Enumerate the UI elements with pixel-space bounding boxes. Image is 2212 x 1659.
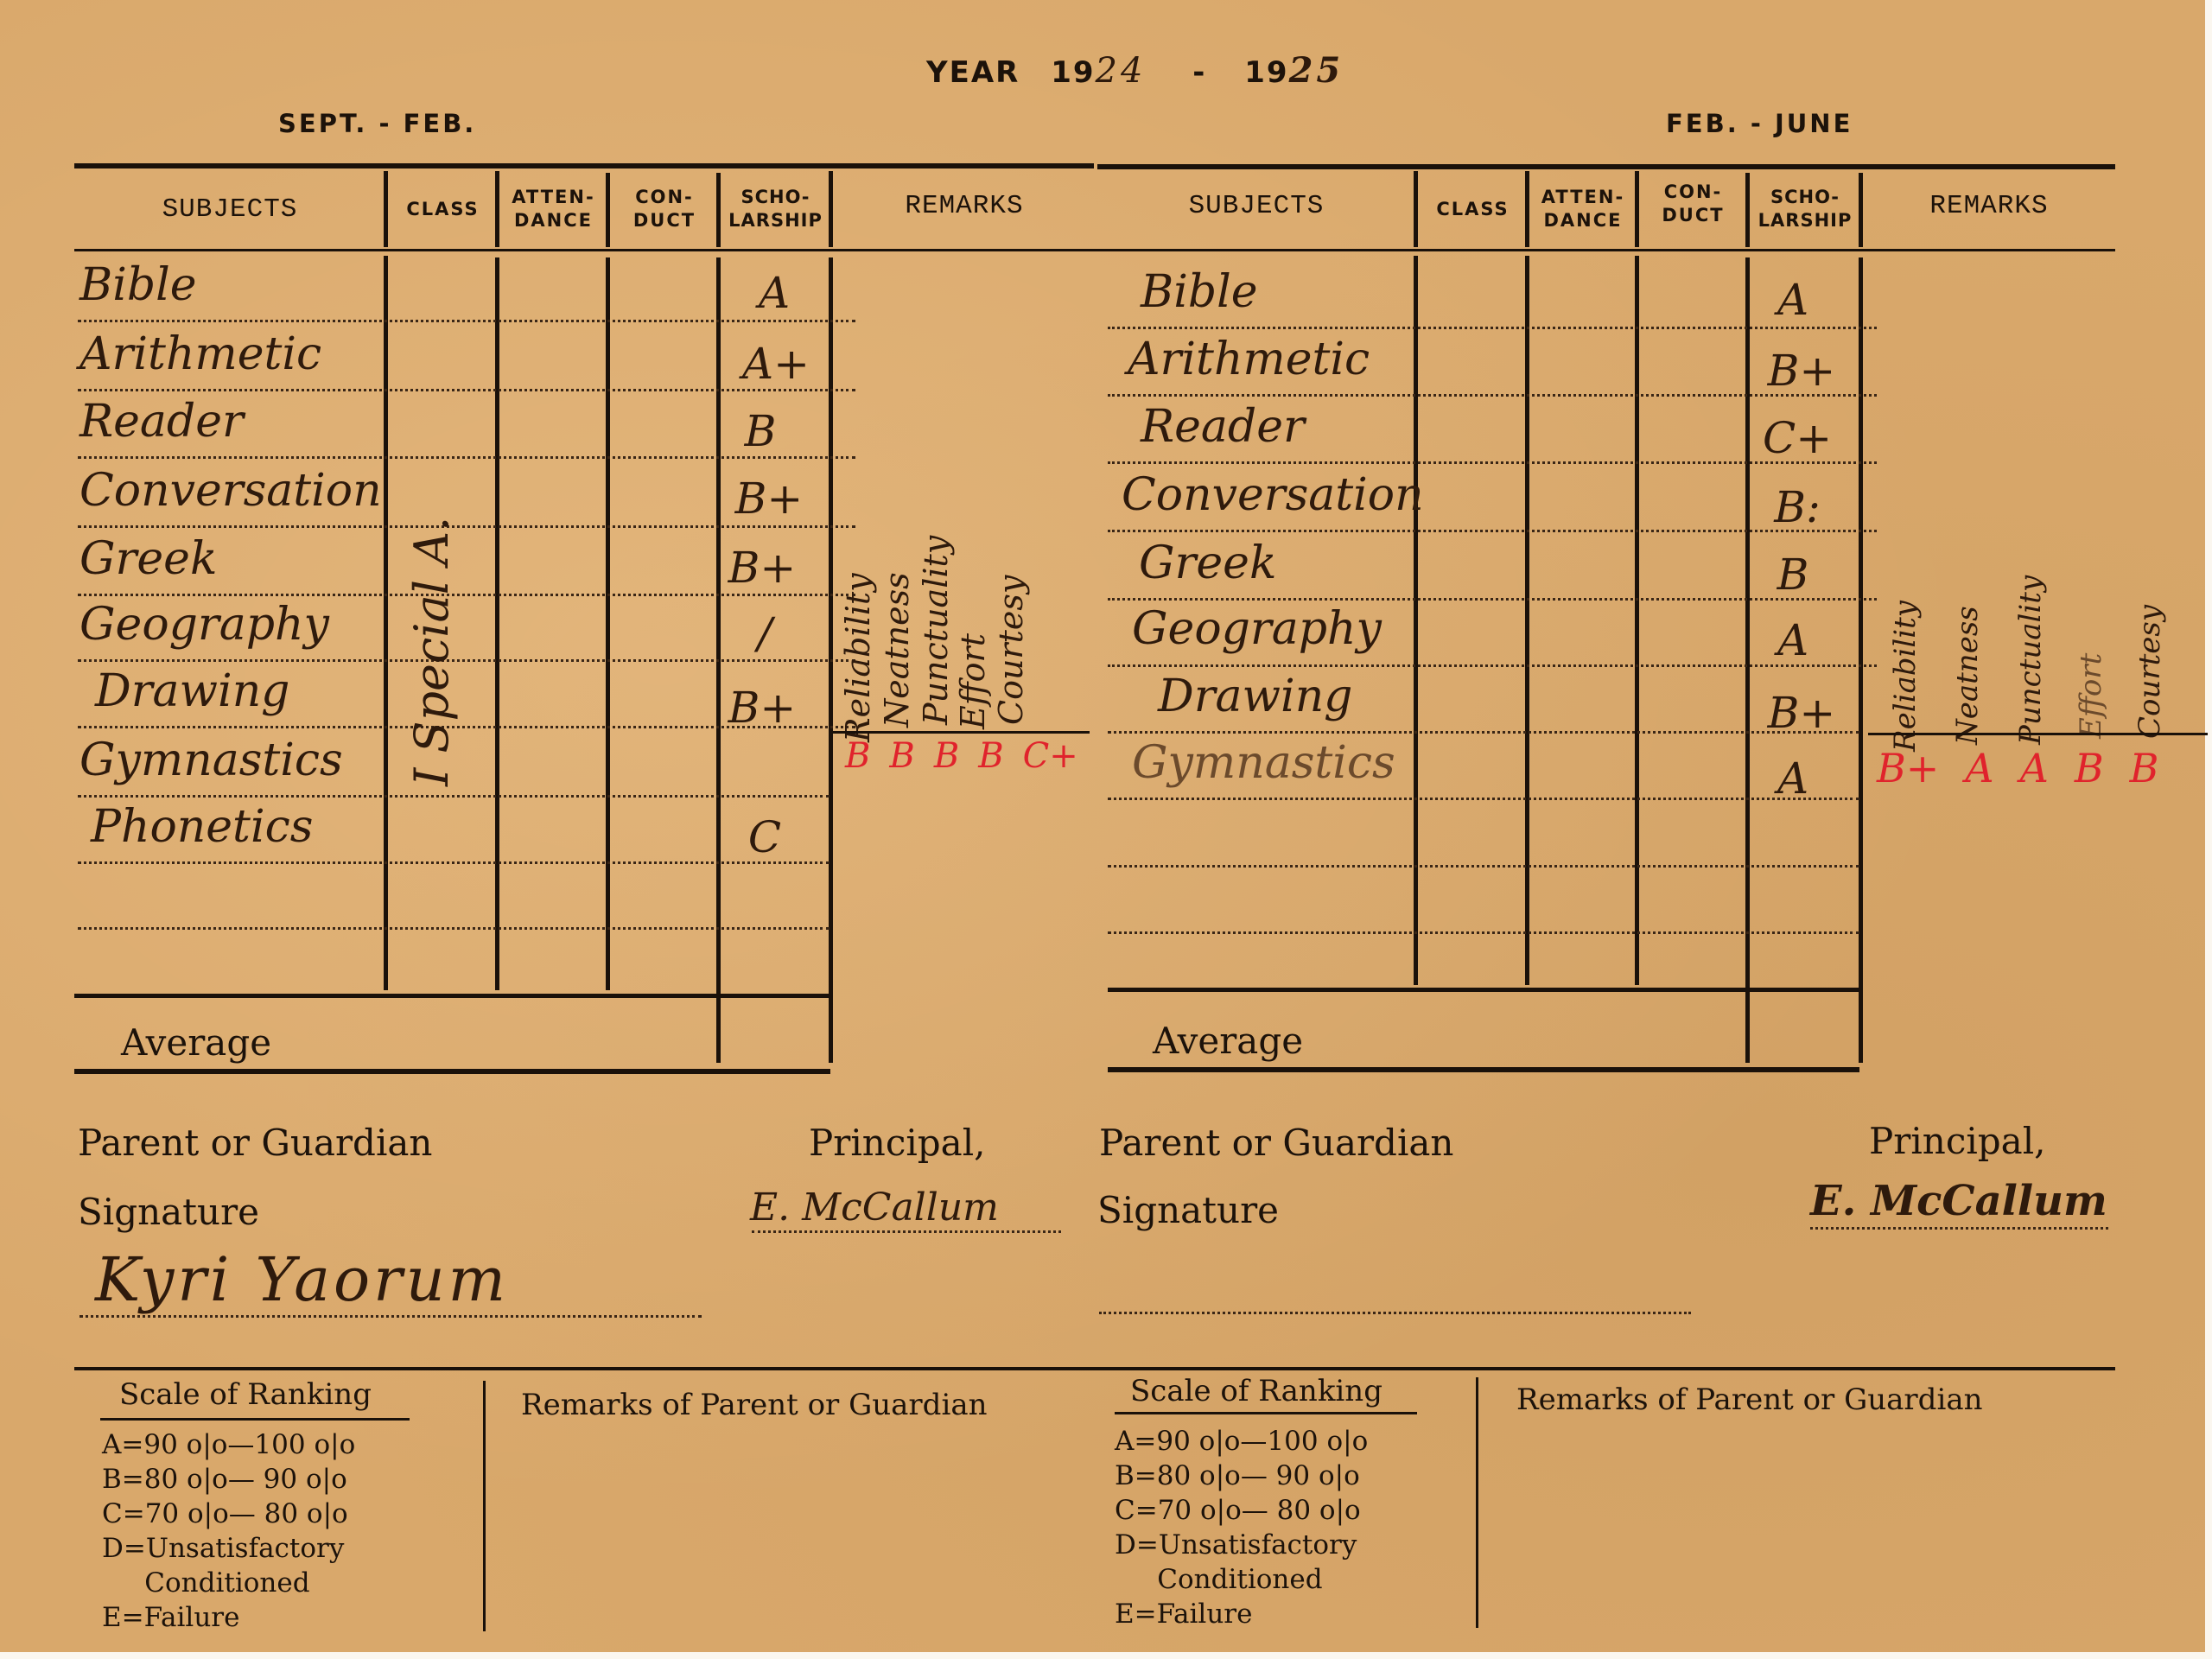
scale-line: A=90 o|o—100 o|o [102,1427,355,1462]
scale-line: E=Failure [1115,1597,1368,1631]
term2-trait: Reliability [1888,601,1923,752]
term2-average-bottom-rule [1108,1067,1859,1072]
row-rule [78,456,855,459]
trait-grade: B [2130,745,2159,791]
col-divider [606,257,610,990]
term2-subject: Geography [1132,603,1382,655]
term2-subject: Drawing [1158,671,1352,722]
scale-line: C=70 o|o— 80 o|o [1115,1493,1368,1528]
col-divider [716,173,721,247]
term1-principal-label: Principal, [809,1122,985,1164]
term1-trait: Effort [954,633,992,729]
term1-scholarship-grade: C [730,812,799,862]
term1-trait: Neatness [878,572,916,728]
scale-line: D=Unsatisfactory [102,1531,355,1566]
term2-subject: Gymnastics [1132,737,1395,789]
term2-scholarship-grade: A [1758,275,1827,325]
trait-grade: B [845,736,870,776]
term1-subject: Phonetics [91,801,313,853]
row-rule [1108,530,1877,532]
principal-signature-line [752,1230,1061,1233]
term1-trait: Courtesy [992,575,1030,725]
term1-parent-signature: Kyri Yaorum [95,1244,509,1315]
term2-scholarship-grade: A [1758,615,1827,665]
col-divider [1635,256,1639,985]
term1-subject: Gymnastics [79,734,343,786]
header-bottom-rule [74,249,2115,251]
header-text: DANCE [514,209,593,232]
footer-divider [483,1381,486,1631]
term1-class-value: I Special A. [406,517,458,786]
term2-header-remarks: REMARKS [1863,169,2115,242]
year-separator: - [1192,55,1206,90]
row-rule [1108,931,1859,934]
term1-trait: Reliability [839,573,877,742]
table-top-rule-left [74,163,1094,168]
scale-line: Conditioned [1115,1562,1368,1597]
term1-scholarship-grade: / [730,608,799,658]
row-rule [1108,394,1877,397]
term1-header-scholarship: SCHO-LARSHIP [721,169,830,249]
term2-scholarship-grade: B: [1763,482,1832,532]
scale-title-rule [100,1418,410,1421]
term1-subject: Greek [79,533,217,585]
parent-signature-line [79,1315,702,1318]
term1-scholarship-grade: B+ [728,543,797,593]
term2-header-attendance: ATTEN-DANCE [1529,169,1637,249]
term2-scale-list: A=90 o|o—100 o|o B=80 o|o— 90 o|o C=70 o… [1115,1424,1368,1631]
term1-trait: Punctuality [917,536,955,725]
term1-header-attendance: ATTEN-DANCE [499,169,607,249]
term1-average-bottom-rule [74,1069,830,1074]
term1-scholarship-grade: B [726,406,795,456]
row-rule [78,594,855,596]
term1-scholarship-grade: B+ [728,683,797,733]
term1-header-subjects: SUBJECTS [74,169,385,249]
term1-label: SEPT. - FEB. [278,109,476,138]
term2-average-label: Average [1153,1020,1303,1062]
term1-principal-signature: E. McCallum [750,1185,999,1230]
term2-principal-label: Principal, [1869,1120,2045,1162]
term1-header-class: CLASS [389,169,497,249]
col-divider [1414,171,1418,247]
col-divider [1745,173,1750,247]
term1-signature-label: Signature [78,1191,259,1233]
header-text: DUCT [1662,204,1724,227]
report-card-paper: YEAR 1924 - 1925 SEPT. - FEB. FEB. - JUN… [0,0,2205,1652]
header-text: ATTEN- [1541,186,1624,209]
term1-scale-list: A=90 o|o—100 o|o B=80 o|o— 90 o|o C=70 o… [102,1427,355,1635]
term1-remarks-grades: B B B B C+ [845,736,1078,776]
col-divider [1414,256,1418,985]
term1-parent-label: Parent or Guardian [78,1122,432,1164]
col-divider [384,256,388,990]
footer-divider [1476,1377,1478,1628]
term1-average-top-rule [74,994,830,998]
principal-signature-line [1810,1227,2108,1230]
term1-subject: Bible [79,259,197,311]
term2-header-scholarship: SCHO-LARSHIP [1750,169,1860,249]
term2-subject: Arithmetic [1128,334,1370,385]
term2-remarks-rule [1868,733,2208,735]
year-label: YEAR [926,55,1020,90]
term1-header-remarks: REMARKS [835,169,1094,242]
term2-header-conduct: CON-DUCT [1639,164,1747,244]
term1-subject: Drawing [95,665,289,717]
term2-parent-label: Parent or Guardian [1099,1122,1453,1164]
row-rule [78,525,855,528]
header-text: SCHO- [1770,186,1840,209]
scale-line: D=Unsatisfactory [1115,1528,1368,1562]
row-rule [1108,731,1859,734]
term2-remarks-grades: B+ A A B B [1877,745,2158,791]
scale-line: C=70 o|o— 80 o|o [102,1497,355,1531]
row-rule [78,927,829,930]
term1-header-conduct: CON-DUCT [611,169,718,249]
col-divider [495,257,499,990]
scale-title-rule [1115,1412,1417,1414]
header-text: CON- [635,186,694,209]
header-text: ATTEN- [512,186,594,209]
term1-scholarship-grade: A [740,268,809,318]
trait-grade: C+ [1023,736,1078,776]
term1-average-label: Average [121,1021,271,1064]
term2-trait: Neatness [1950,606,1985,745]
term2-subject: Greek [1139,537,1276,589]
row-rule [1108,327,1877,329]
year-end-handwritten: 25 [1289,50,1344,91]
row-rule [1108,461,1877,464]
header-text: DUCT [633,209,696,232]
row-rule [78,320,855,322]
trait-grade: B [934,736,959,776]
term2-scale-title: Scale of Ranking [1130,1374,1382,1408]
col-divider [606,173,610,247]
year-heading: YEAR 1924 - 1925 [926,50,1344,91]
trait-grade: B [2075,745,2104,791]
term1-subject: Geography [79,599,329,651]
header-text: LARSHIP [1758,209,1853,232]
term2-header-class: CLASS [1419,169,1527,249]
parent-signature-line [1099,1312,1691,1314]
scale-line: E=Failure [102,1600,355,1635]
term2-label: FEB. - JUNE [1666,109,1853,138]
term2-trait: Punctuality [2013,575,2048,745]
col-divider [829,171,833,247]
term2-trait: Courtesy [2133,605,2167,739]
row-rule [78,861,829,864]
term2-scholarship-grade: A [1758,753,1827,804]
term2-header-subjects: SUBJECTS [1097,169,1415,242]
term1-subject: Arithmetic [79,328,321,380]
row-rule [78,389,855,391]
row-rule [1108,798,1859,800]
footer-top-rule [74,1367,2115,1370]
scale-line: B=80 o|o— 90 o|o [1115,1459,1368,1493]
trait-grade: A [2020,745,2049,791]
header-text: CON- [1664,181,1723,204]
term1-scholarship-grade: A+ [741,339,810,389]
term2-principal-signature: E. McCallum [1810,1177,2107,1225]
term2-scholarship-grade: C+ [1763,413,1832,463]
col-divider [1635,171,1639,247]
col-divider [1525,256,1529,985]
trait-grade: A [1965,745,1993,791]
term1-parent-remarks-label: Remarks of Parent or Guardian [521,1388,987,1422]
term2-subject: Conversation [1122,469,1424,521]
col-divider [384,171,388,247]
scale-line: Conditioned [102,1566,355,1600]
term2-parent-remarks-label: Remarks of Parent or Guardian [1516,1382,1982,1417]
row-rule [78,795,829,798]
col-divider [1525,171,1529,247]
term2-signature-label: Signature [1097,1189,1279,1231]
term2-trait: Effort [2074,653,2108,739]
year-start-handwritten: 24 [1096,51,1147,91]
header-text: DANCE [1543,209,1622,232]
row-rule [1108,865,1859,868]
trait-grade: B [889,736,914,776]
term2-subject: Bible [1141,266,1258,318]
scale-line: A=90 o|o—100 o|o [1115,1424,1368,1459]
trait-grade: B [978,736,1003,776]
header-text: SCHO- [741,186,810,209]
term1-scholarship-grade: B+ [734,474,804,524]
term1-subject: Conversation [79,465,382,517]
col-divider [495,171,499,247]
term2-scholarship-grade: B+ [1767,688,1836,738]
term1-subject: Reader [79,396,244,448]
term2-scholarship-grade: B+ [1767,346,1836,396]
col-divider [1859,173,1863,247]
year-start-prefix: 19 [1051,55,1095,90]
term2-scholarship-grade: B [1758,550,1827,600]
col-divider [1745,257,1750,1063]
year-end-prefix: 19 [1244,55,1288,90]
trait-grade: B+ [1877,745,1939,791]
term1-scale-title: Scale of Ranking [119,1377,372,1412]
col-divider [1859,257,1863,1063]
header-text: LARSHIP [728,209,823,232]
term2-average-top-rule [1108,988,1859,992]
term2-subject: Reader [1141,401,1305,453]
term1-remarks-rule [830,731,1090,734]
row-rule [78,659,855,662]
scale-line: B=80 o|o— 90 o|o [102,1462,355,1497]
